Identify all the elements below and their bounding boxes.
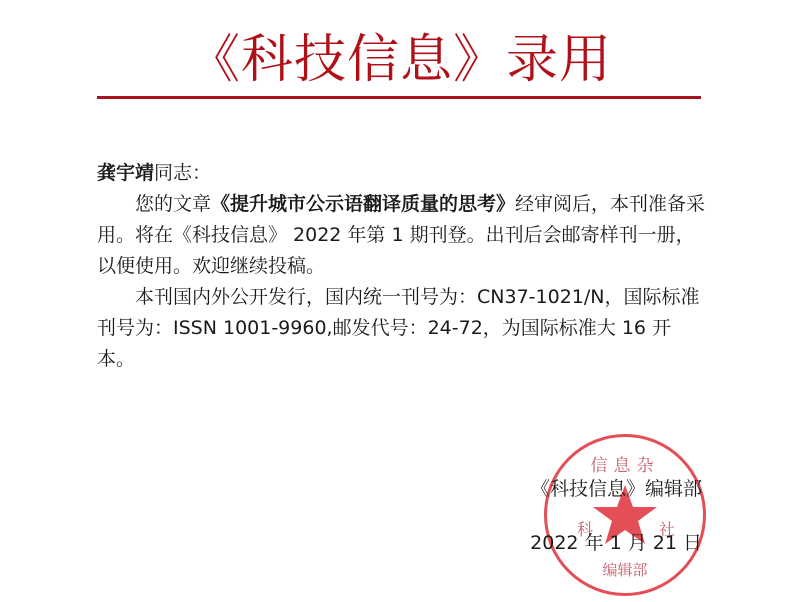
paragraph-acceptance: 您的文章《提升城市公示语翻译质量的思考》经审阅后，本刊准备采用。将在《科技信息》… bbox=[97, 189, 707, 282]
signature-org: 《科技信息》编辑部 bbox=[531, 474, 702, 501]
letter-body: 龚宇靖同志： 您的文章《提升城市公示语翻译质量的思考》经审阅后，本刊准备采用。将… bbox=[97, 158, 707, 375]
para1-prefix: 您的文章 bbox=[135, 193, 211, 215]
signature-date: 2022 年 1 月 21 日 bbox=[530, 528, 702, 555]
article-title: 《提升城市公示语翻译质量的思考》 bbox=[211, 193, 515, 215]
svg-text:编辑部: 编辑部 bbox=[602, 561, 647, 579]
seal-star-icon: 信息杂 科 社 编辑部 bbox=[547, 437, 703, 593]
recipient-name: 龚宇靖 bbox=[97, 162, 154, 184]
svg-text:信息杂: 信息杂 bbox=[591, 456, 660, 476]
salutation: 龚宇靖同志： bbox=[97, 158, 707, 189]
paragraph-journal-info: 本刊国内外公开发行，国内统一刊号为：CN37-1021/N，国际标准刊号为：IS… bbox=[97, 282, 707, 375]
page-title: 《科技信息》录用 bbox=[0, 28, 800, 92]
recipient-suffix: 同志： bbox=[154, 162, 211, 184]
title-divider bbox=[97, 96, 701, 99]
official-seal: 信息杂 科 社 编辑部 bbox=[544, 434, 706, 596]
